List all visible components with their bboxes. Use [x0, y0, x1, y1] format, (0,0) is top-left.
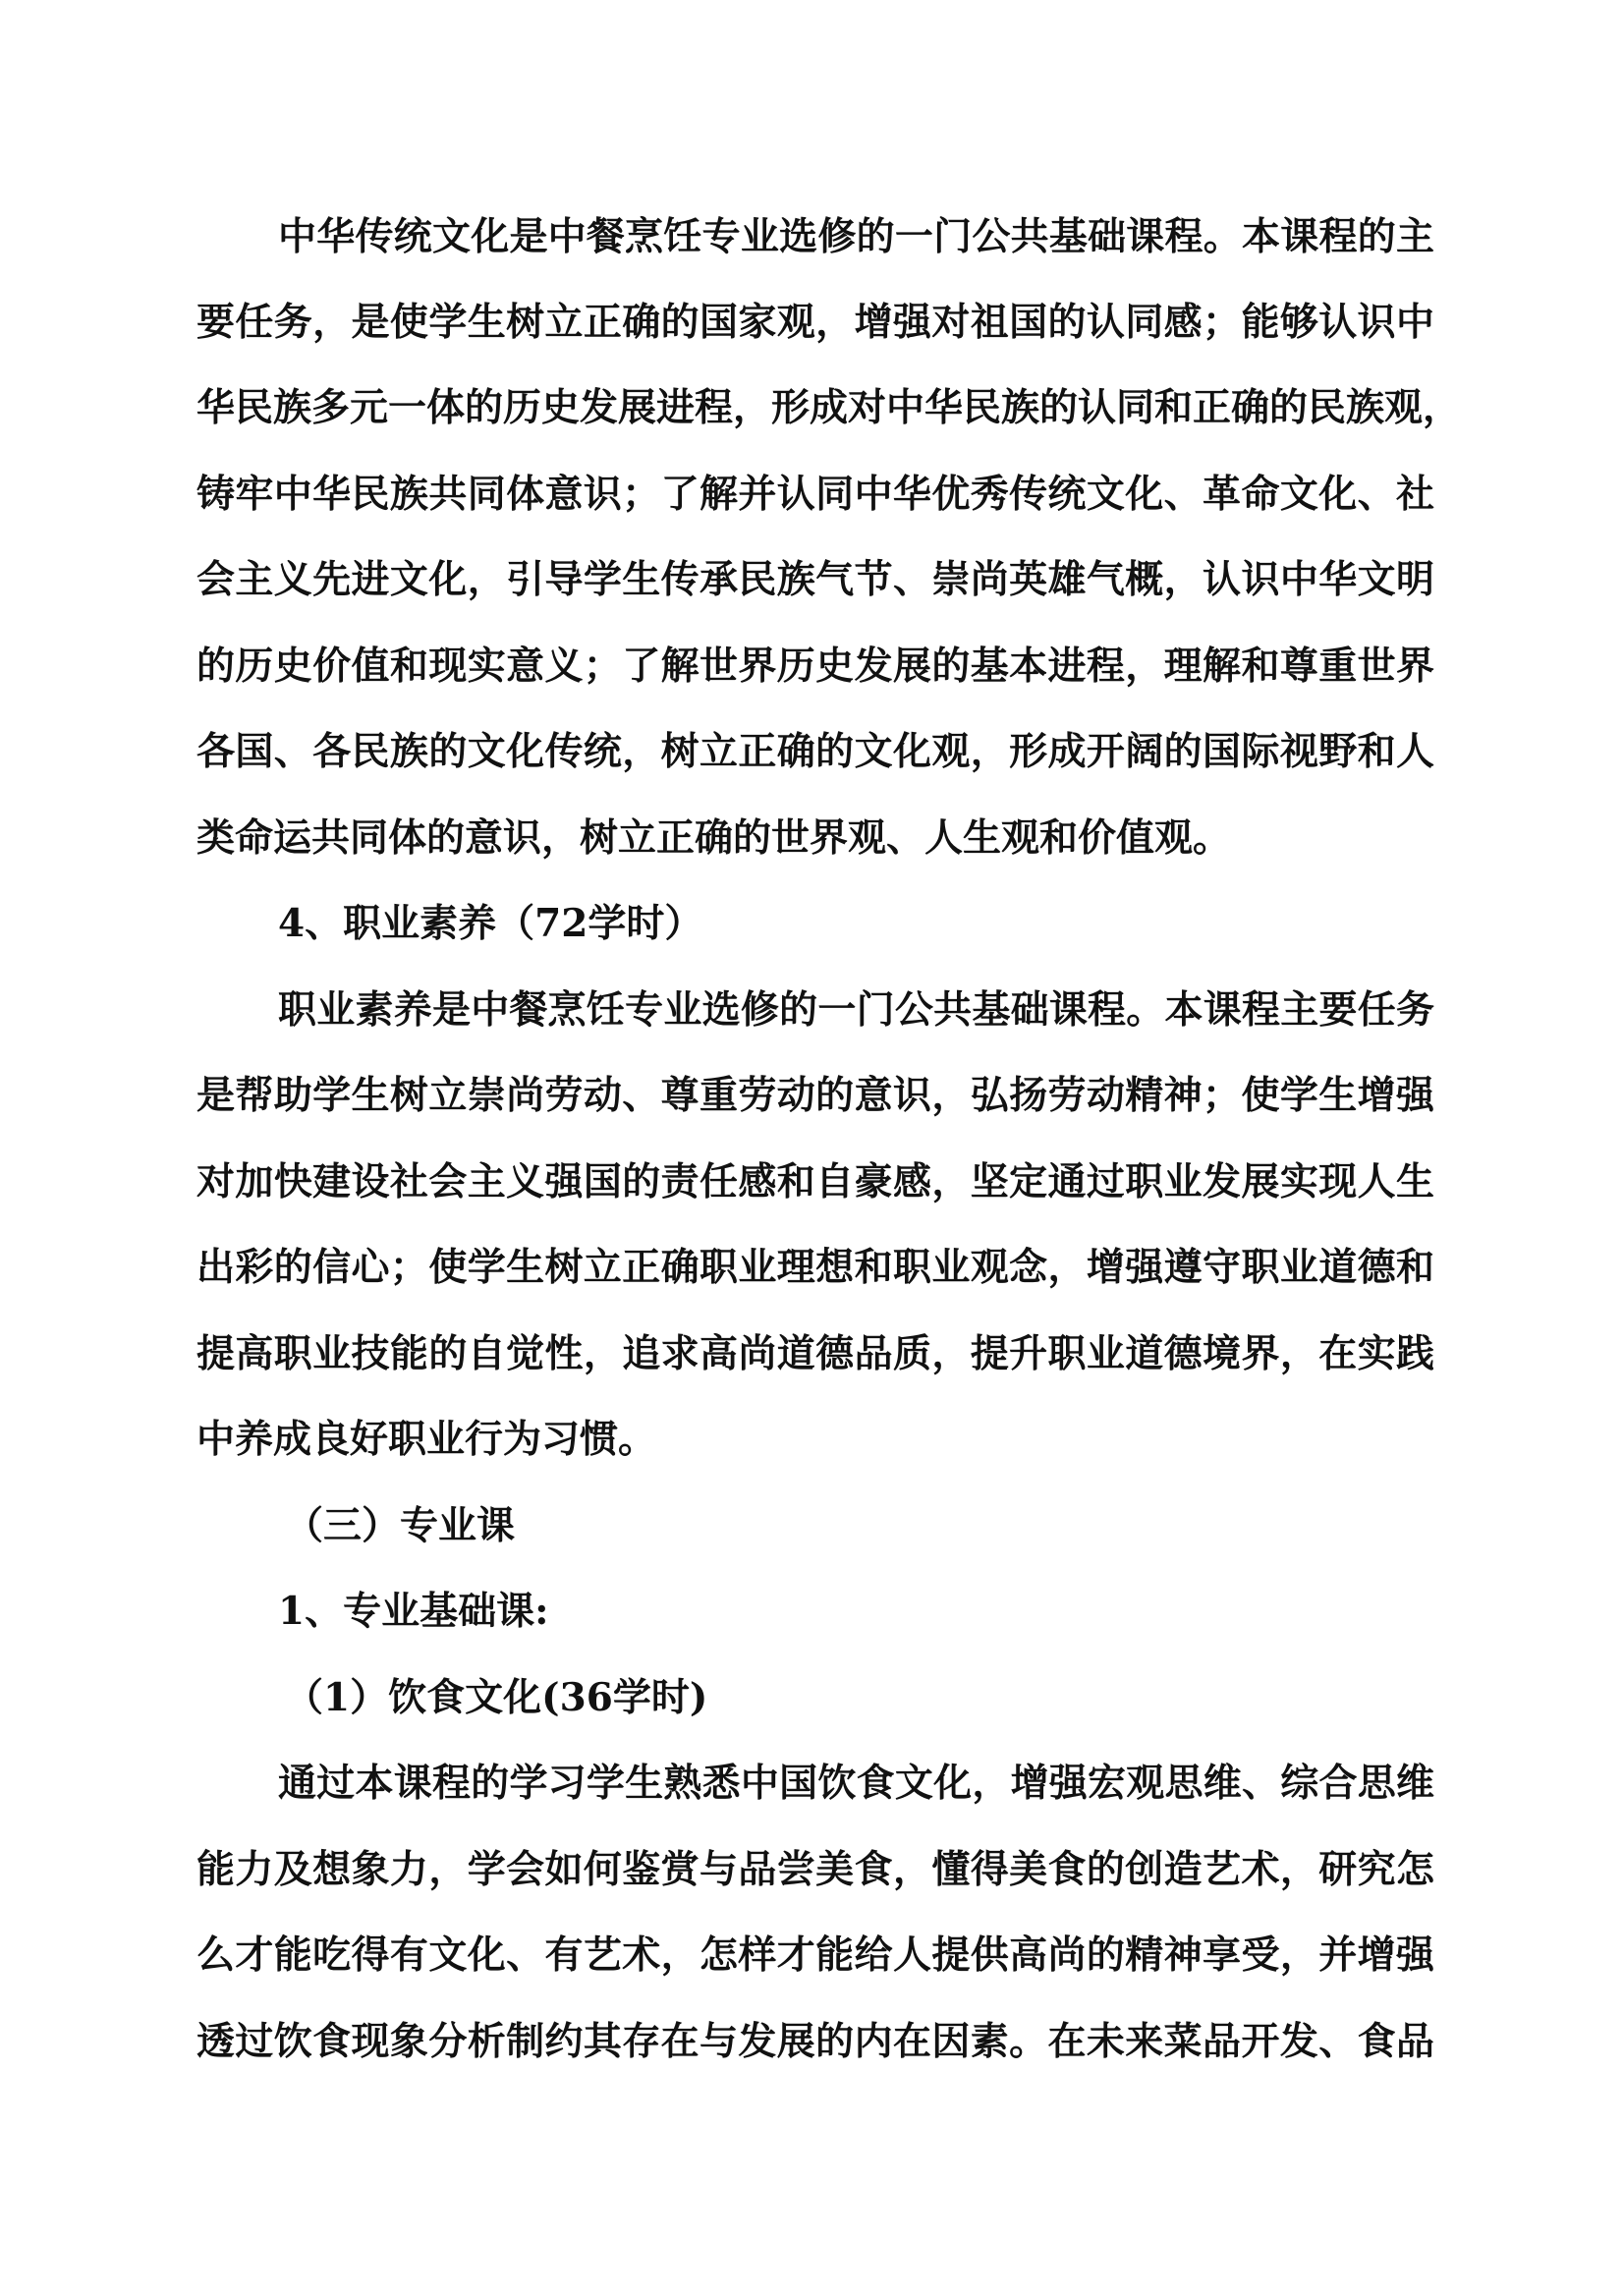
paragraph-line: 能力及想象力，学会如何鉴赏与品尝美食，懂得美食的创造艺术，研究怎	[196, 1848, 1434, 1891]
subsection-heading: 1、专业基础课:	[278, 1590, 549, 1633]
paragraph-line: 透过饮食现象分析制约其存在与发展的内在因素。在未来菜品开发、食品	[196, 2020, 1434, 2063]
paragraph-line: 铸牢中华民族共同体意识；了解并认同中华优秀传统文化、革命文化、社	[196, 473, 1434, 516]
document-page: 中华传统文化是中餐烹饪专业选修的一门公共基础课程。本课程的主 要任务，是使学生树…	[0, 0, 1623, 2296]
paragraph-line: 中华传统文化是中餐烹饪专业选修的一门公共基础课程。本课程的主	[278, 215, 1434, 258]
paragraph-line: 通过本课程的学习学生熟悉中国饮食文化，增强宏观思维、综合思维	[278, 1762, 1434, 1805]
paragraph-line: 各国、各民族的文化传统，树立正确的文化观，形成开阔的国际视野和人	[196, 730, 1434, 773]
paragraph-line: 出彩的信心；使学生树立正确职业理想和职业观念，增强遵守职业道德和	[196, 1246, 1434, 1289]
paragraph-line: 是帮助学生树立崇尚劳动、尊重劳动的意识，弘扬劳动精神；使学生增强	[196, 1074, 1434, 1117]
course-heading: （1）饮食文化(36学时)	[285, 1676, 707, 1719]
paragraph-line: 会主义先进文化，引导学生传承民族气节、崇尚英雄气概，认识中华文明	[196, 558, 1434, 601]
paragraph-line: 提高职业技能的自觉性，追求高尚道德品质，提升职业道德境界，在实践	[196, 1332, 1434, 1375]
section-heading: （三）专业课	[285, 1504, 515, 1547]
paragraph-line: 华民族多元一体的历史发展进程，形成对中华民族的认同和正确的民族观，	[196, 386, 1434, 429]
paragraph-line: 对加快建设社会主义强国的责任感和自豪感，坚定通过职业发展实现人生	[196, 1160, 1434, 1204]
paragraph-line: 中养成良好职业行为习惯。	[196, 1418, 1434, 1461]
paragraph-line: 么才能吃得有文化、有艺术，怎样才能给人提供高尚的精神享受，并增强	[196, 1933, 1434, 1977]
paragraph-line: 类命运共同体的意识，树立正确的世界观、人生观和价值观。	[196, 816, 1434, 860]
paragraph-line: 的历史价值和现实意义；了解世界历史发展的基本进程，理解和尊重世界	[196, 644, 1434, 688]
section-heading: 4、职业素养（72学时）	[278, 902, 702, 945]
paragraph-line: 要任务，是使学生树立正确的国家观，增强对祖国的认同感；能够认识中	[196, 301, 1434, 344]
paragraph-line: 职业素养是中餐烹饪专业选修的一门公共基础课程。本课程主要任务	[278, 988, 1434, 1032]
